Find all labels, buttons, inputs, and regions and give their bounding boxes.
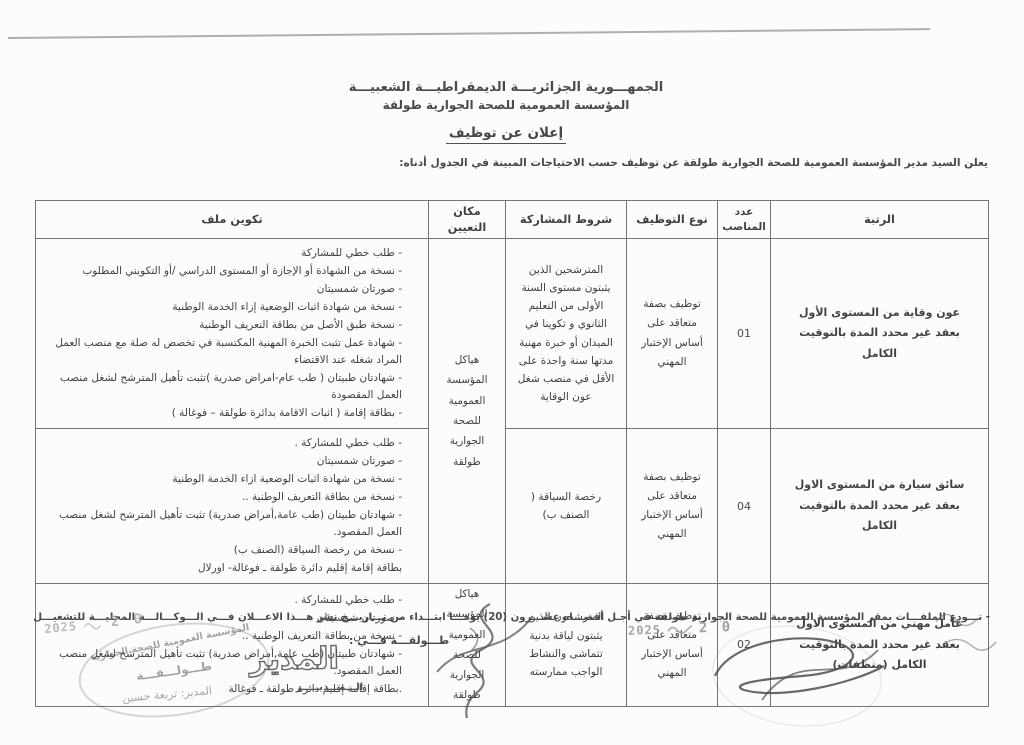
- file-item: - نسخة من شهادة اثبات الوضعية ازاء الخدم…: [44, 471, 402, 488]
- file-item: - صورتان شمسيتان: [44, 281, 402, 298]
- scanned-document-page: الجمهـــورية الجزائريـــة الديمقراطيـــة…: [0, 0, 1024, 745]
- count-cell: 04: [718, 429, 771, 584]
- file-item: - نسخة من رخصة السياقة (الصنف ب): [44, 542, 402, 559]
- conditions-cell: رخصة السياقة ( الصنف ب): [506, 429, 627, 584]
- table-row: عون وقاية من المستوى الأول بعقد غير محدد…: [36, 239, 989, 429]
- illegible-month-mark: [82, 617, 105, 631]
- signature-corner-scribble: [930, 600, 1010, 670]
- file-requirements-cell: - طلب خطي للمشاركة .- صورتان شمسيتان- نس…: [36, 429, 429, 584]
- republic-title: الجمهـــورية الجزائريـــة الديمقراطيـــة…: [0, 80, 1018, 95]
- file-item: - شهادتان طبيتان ( طب عام-امراض صدرية )ت…: [44, 370, 402, 404]
- file-requirements-list: - طلب خطي للمشاركة- نسخة من الشهادة أو ا…: [44, 245, 402, 422]
- signature-right: [700, 628, 900, 710]
- file-item: - نسخة طبق الأصل من بطاقة التعريف الوطني…: [44, 317, 402, 334]
- file-requirements-list: - طلب خطي للمشاركة .- صورتان شمسيتان- نس…: [44, 435, 402, 577]
- file-item: - شهادتان طبيتان (طب عامة,أمراض صدرية) ت…: [44, 507, 402, 541]
- count-cell: 01: [718, 239, 771, 429]
- col-header-type: نوع التوظيف: [627, 201, 718, 239]
- scanner-artifact-line: [8, 28, 930, 39]
- stamp-year: 2025: [628, 623, 661, 638]
- director-label: الـــمـــديـــــر: [296, 682, 363, 693]
- col-header-count: عدد المناصب: [718, 201, 771, 239]
- file-item: - طلب خطي للمشاركة .: [44, 592, 402, 609]
- file-item: - بطاقة إقامة ( اثبات الاقامة بدائرة طول…: [44, 405, 402, 422]
- announcement-title: إعلان عن توظيف: [446, 125, 566, 144]
- rank-cell: عون وقاية من المستوى الأول بعقد غير محدد…: [771, 239, 989, 429]
- conditions-cell: المترشحين الذين يثبتون مستوى السنة الأول…: [506, 239, 627, 429]
- document-header: الجمهـــورية الجزائريـــة الديمقراطيـــة…: [0, 80, 1018, 144]
- institution-name: المؤسسة العمومية للصحة الجوارية طولقة: [0, 98, 1018, 112]
- file-item: - طلب خطي للمشاركة: [44, 245, 402, 262]
- illegible-month-mark: [667, 623, 693, 636]
- file-item: - نسخة من بطاقة التعريف الوطنية ..: [44, 489, 402, 506]
- rank-cell: سائق سيارة من المستوى الاول بعقد غير محد…: [771, 429, 989, 584]
- file-item: - طلب خطي للمشاركة .: [44, 435, 402, 452]
- file-item: - نسخة من شهادة اثبات الوضعية إزاء الخدم…: [44, 299, 402, 316]
- type-cell: توظيف بصفة متعاقد على أساس الإختبار المه…: [627, 429, 718, 584]
- col-header-conditions: شروط المشاركة: [506, 201, 627, 239]
- type-cell: توظيف بصفة متعاقد على أساس الإختبار المه…: [627, 239, 718, 429]
- intro-paragraph: يعلن السيد مدير المؤسسة العمومية للصحة ا…: [399, 157, 988, 169]
- stamp-year: 2025: [44, 619, 78, 636]
- col-header-location: مكان التعيين: [429, 201, 506, 239]
- signature-center: [415, 598, 555, 720]
- table-header-row: الرتبة عدد المناصب نوع التوظيف شروط المش…: [36, 201, 989, 239]
- file-item: - شهادة عمل تثبت الخبرة المهنية المكتسبة…: [44, 335, 402, 369]
- file-item: بطاقة إقامة إقليم دائرة طولقة ـ فوغالة- …: [44, 560, 402, 577]
- col-header-rank: الرتبة: [771, 201, 989, 239]
- location-cell: هياكل المؤسسة العمومية للصحة الجوارية طو…: [429, 239, 506, 584]
- director-stamp-text: المدير: [250, 641, 340, 678]
- table-row: سائق سيارة من المستوى الاول بعقد غير محد…: [36, 429, 989, 584]
- file-requirements-cell: - طلب خطي للمشاركة- نسخة من الشهادة أو ا…: [36, 239, 429, 429]
- file-item: - صورتان شمسيتان: [44, 453, 402, 470]
- file-item: - نسخة من الشهادة أو الإجازة أو المستوى …: [44, 263, 402, 280]
- col-header-file: تكوين ملف: [36, 201, 429, 239]
